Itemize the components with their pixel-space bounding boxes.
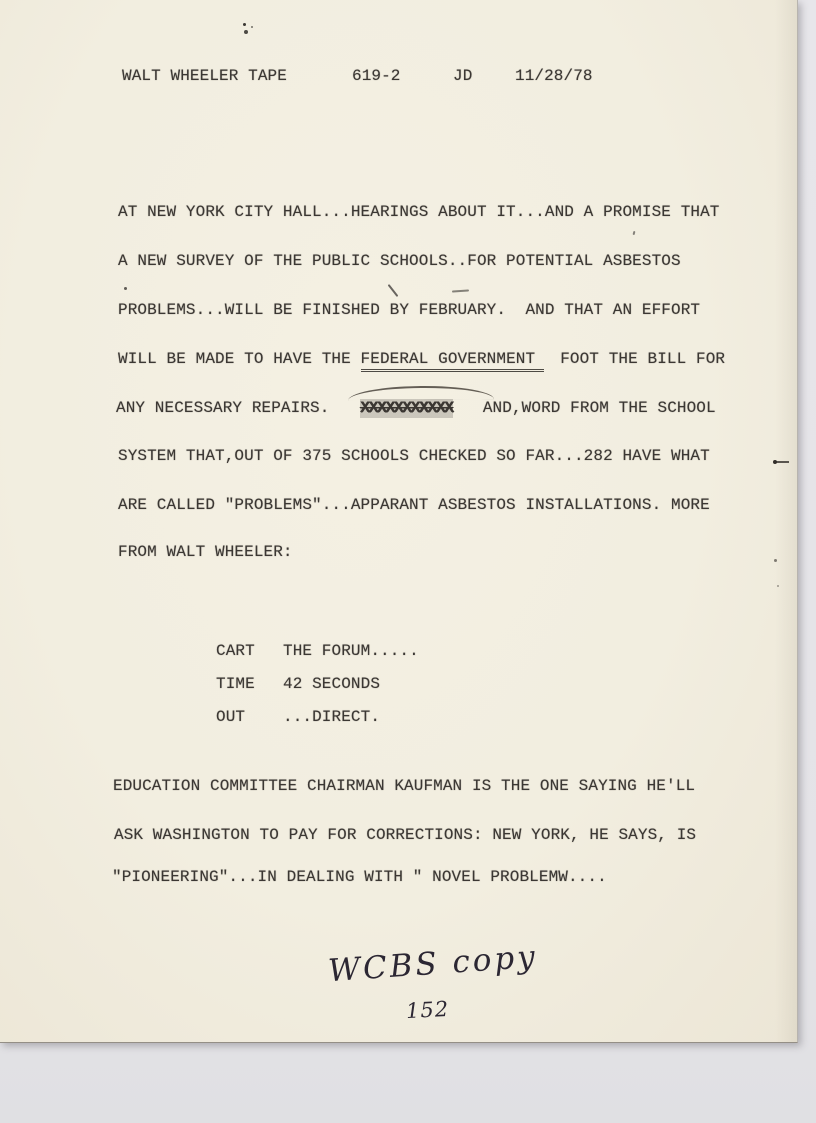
ink-speck	[124, 287, 127, 290]
header-writer-initials: JD	[453, 67, 472, 86]
ink-speck	[633, 231, 636, 235]
outcue-row: OUT...DIRECT.	[216, 708, 380, 727]
underlined-phrase: FEDERAL GOVERNMENT	[361, 350, 545, 372]
stray-pen-mark	[776, 461, 789, 463]
story-line: AT NEW YORK CITY HALL...HEARINGS ABOUT I…	[118, 203, 720, 222]
typewritten-news-script-sheet: WALT WHEELER TAPE 619-2 JD 11/28/78 AT N…	[0, 0, 798, 1043]
handwritten-note: WCBS copy	[327, 939, 539, 990]
out-value: ...DIRECT.	[283, 708, 380, 726]
story-line: A NEW SURVEY OF THE PUBLIC SCHOOLS..FOR …	[118, 252, 681, 271]
time-cue-row: TIME42 SECONDS	[216, 675, 380, 694]
story-line-with-underline: WILL BE MADE TO HAVE THE FEDERAL GOVERNM…	[118, 350, 725, 369]
cart-value: THE FORUM.....	[283, 642, 419, 660]
story-text: AND,WORD FROM THE SCHOOL	[483, 399, 716, 417]
paper-edge-shadow	[775, 0, 797, 1042]
pen-arc-over-strikeout	[348, 385, 494, 400]
ink-speck	[243, 23, 246, 26]
story-line: PROBLEMS...WILL BE FINISHED BY FEBRUARY.…	[118, 301, 700, 320]
story-line: SYSTEM THAT,OUT OF 375 SCHOOLS CHECKED S…	[118, 447, 710, 466]
story-text: WILL BE MADE TO HAVE THE	[118, 350, 361, 368]
tag-line: EDUCATION COMMITTEE CHAIRMAN KAUFMAN IS …	[113, 777, 695, 796]
handwritten-page-number: 152	[405, 997, 449, 1023]
typed-over-strikeout: XXXXXXXXXXX	[360, 399, 452, 418]
time-value: 42 SECONDS	[283, 675, 380, 693]
out-label: OUT	[216, 708, 283, 727]
cart-label: CART	[216, 642, 283, 661]
header-date: 11/28/78	[515, 67, 593, 86]
tag-line: "PIONEERING"...IN DEALING WITH " NOVEL P…	[112, 868, 607, 887]
story-text: ANY NECESSARY REPAIRS.	[116, 399, 329, 417]
stray-pen-mark	[452, 289, 469, 292]
header-take-number: 619-2	[352, 67, 401, 86]
header-slug-title: WALT WHEELER TAPE	[122, 67, 287, 86]
ink-speck	[251, 26, 253, 28]
scanned-page-canvas: WALT WHEELER TAPE 619-2 JD 11/28/78 AT N…	[0, 0, 816, 1123]
tag-line: ASK WASHINGTON TO PAY FOR CORRECTIONS: N…	[114, 826, 696, 845]
story-text: FOOT THE BILL FOR	[560, 350, 725, 368]
ink-speck	[244, 30, 248, 34]
ink-speck	[774, 559, 777, 562]
ink-speck	[777, 585, 779, 587]
story-line: ARE CALLED "PROBLEMS"...APPARANT ASBESTO…	[118, 496, 710, 515]
story-line: FROM WALT WHEELER:	[118, 543, 293, 562]
story-line-with-strikeout: ANY NECESSARY REPAIRS.XXXXXXXXXXXAND,WOR…	[116, 399, 716, 418]
time-label: TIME	[216, 675, 283, 694]
cart-cue-row: CARTTHE FORUM.....	[216, 642, 419, 661]
stray-pen-mark	[388, 284, 399, 297]
